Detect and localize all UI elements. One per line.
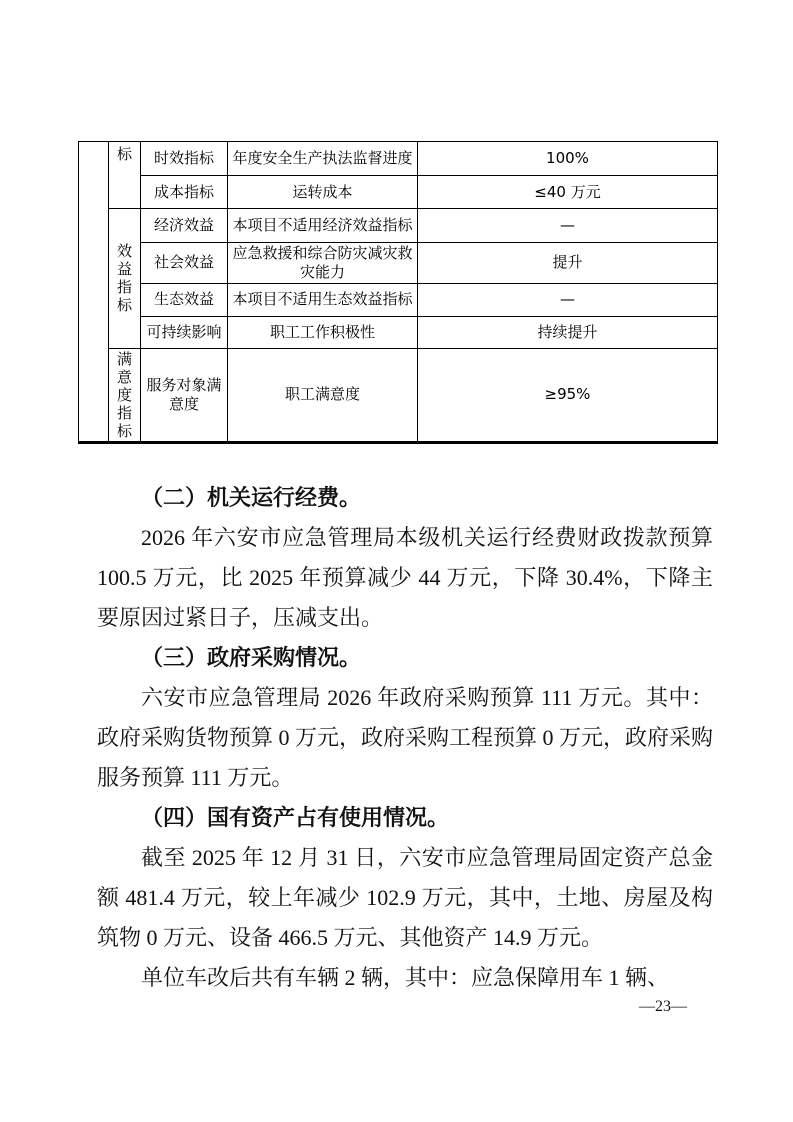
table-cell-indicator-name: 本项目不适用生态效益指标 (228, 283, 418, 316)
table-cell-indicator-type: 生态效益 (141, 283, 228, 316)
performance-indicators-table: 标 时效指标 年度安全生产执法监督进度 100% 成本指标 运转成本 ≤40 万… (78, 141, 718, 444)
section-heading-government-procurement: （三）政府采购情况。 (97, 638, 713, 678)
table-cell-group-label-continued: 标 (109, 142, 141, 209)
table-cell-indicator-type: 时效指标 (141, 142, 228, 176)
table-cell-indicator-name: 本项目不适用经济效益指标 (228, 209, 418, 243)
table-row: 社会效益 应急救援和综合防灾减灾救灾能力 提升 (79, 243, 718, 284)
table-cell-indicator-value: — (418, 283, 718, 316)
section-paragraph: 截至 2025 年 12 月 31 日，六安市应急管理局固定资产总金额 481.… (97, 838, 713, 958)
section-heading-state-owned-assets: （四）国有资产占有使用情况。 (97, 798, 713, 838)
table-row: 满意度指标 服务对象满意度 职工满意度 ≥95% (79, 348, 718, 442)
table-row: 成本指标 运转成本 ≤40 万元 (79, 176, 718, 209)
table-cell-indicator-name: 年度安全生产执法监督进度 (228, 142, 418, 176)
table-cell-indicator-name: 应急救援和综合防灾减灾救灾能力 (228, 243, 418, 284)
table-cell-group-label-satisfaction: 满意度指标 (109, 348, 141, 442)
table-cell-indicator-value: ≤40 万元 (418, 176, 718, 209)
table-cell-indicator-type: 服务对象满意度 (141, 348, 228, 442)
table-row: 效益指标 经济效益 本项目不适用经济效益指标 — (79, 209, 718, 243)
table-cell-group-label-benefit: 效益指标 (109, 209, 141, 349)
table-cell-indicator-name: 运转成本 (228, 176, 418, 209)
document-page: 标 时效指标 年度安全生产执法监督进度 100% 成本指标 运转成本 ≤40 万… (0, 0, 793, 1122)
table-cell-indicator-value: ≥95% (418, 348, 718, 442)
table-row: 可持续影响 职工工作积极性 持续提升 (79, 316, 718, 348)
page-number: —23— (0, 996, 687, 1018)
section-paragraph: 六安市应急管理局 2026 年政府采购预算 111 万元。其中：政府采购货物预算… (97, 678, 713, 798)
section-paragraph: 2026 年六安市应急管理局本级机关运行经费财政拨款预算 100.5 万元，比 … (97, 518, 713, 638)
table-cell-indicator-value: — (418, 209, 718, 243)
table-cell-indicator-name: 职工满意度 (228, 348, 418, 442)
table-cell-continued-empty (79, 142, 109, 443)
table-cell-indicator-type: 成本指标 (141, 176, 228, 209)
table-cell-indicator-type: 可持续影响 (141, 316, 228, 348)
table-cell-indicator-type: 经济效益 (141, 209, 228, 243)
table-cell-indicator-type: 社会效益 (141, 243, 228, 284)
section-heading-operating-funds: （二）机关运行经费。 (97, 478, 713, 518)
table-cell-indicator-name: 职工工作积极性 (228, 316, 418, 348)
table-row: 标 时效指标 年度安全生产执法监督进度 100% (79, 142, 718, 176)
table-row: 生态效益 本项目不适用生态效益指标 — (79, 283, 718, 316)
table-cell-indicator-value: 100% (418, 142, 718, 176)
section-paragraph: 单位车改后共有车辆 2 辆，其中：应急保障用车 1 辆、 (97, 958, 713, 998)
body-text-block: （二）机关运行经费。 2026 年六安市应急管理局本级机关运行经费财政拨款预算 … (97, 478, 713, 998)
table-cell-indicator-value: 提升 (418, 243, 718, 284)
table-cell-indicator-value: 持续提升 (418, 316, 718, 348)
